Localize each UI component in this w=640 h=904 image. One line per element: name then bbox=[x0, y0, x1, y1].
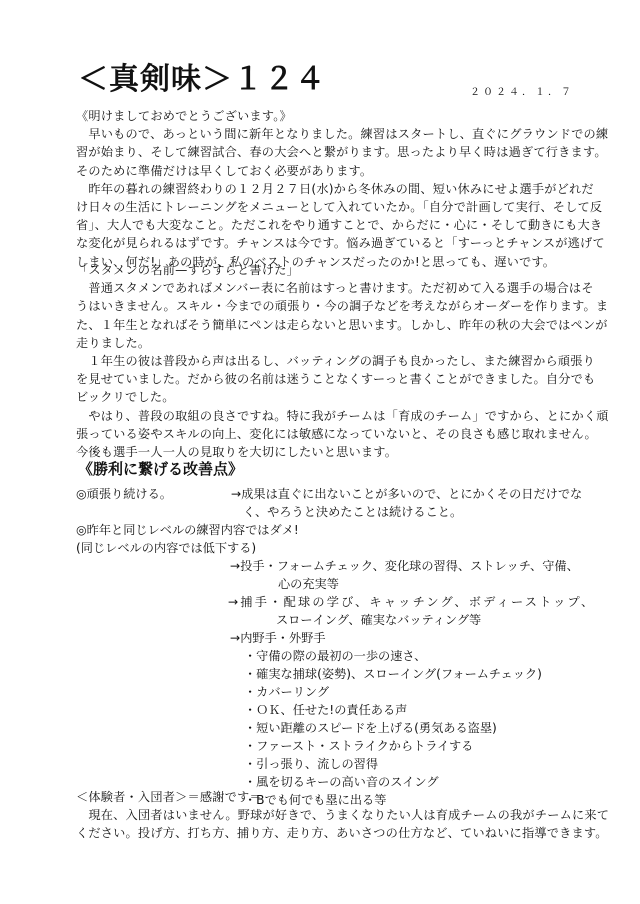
paragraph-line: 習が始まり、そして練習試合、春の大会へと繋がります。思ったより早く時は過ぎて行き… bbox=[76, 143, 596, 161]
paragraph-line: うはいきません。スキル・今までの頑張り・今の調子などを考えながらオーダーを作りま… bbox=[76, 297, 596, 315]
improvement-item-label: ◎昨年と同じレベルの練習内容ではダメ! bbox=[76, 521, 299, 539]
paragraph-line: １年生の彼は普段から声は出るし、バッティングの調子も良かったし、また練習から頑張… bbox=[76, 352, 596, 370]
paragraph-line: ビックリでした。 bbox=[76, 388, 596, 406]
paragraph-line: 普通スタメンであればメンバー表に名前はすっと書けます。ただ初めて入る選手の場合は… bbox=[76, 279, 596, 297]
improvements-heading: 《勝利に繋げる改善点》 bbox=[78, 458, 243, 479]
starters-section: 「スタメンの名前—すらすらと書けた」 普通スタメンであればメンバー表に名前はすっ… bbox=[76, 261, 596, 461]
paragraph-line: け日々の生活にトレーニングをメニューとして入れていたか。「自分で計画して実行、そ… bbox=[76, 198, 596, 216]
improvement-item-detail: →成果は直ぐに出ないことが多いので、とにかくその日だけでな bbox=[231, 485, 582, 503]
paragraph-line: 走りました。 bbox=[76, 334, 596, 352]
paragraph-line: 現在、入団者はいません。野球が好きで、うまくなりたい人は育成チームの我がチームに… bbox=[76, 806, 596, 824]
newsletter-title: ＜真剣味＞１２４ bbox=[78, 62, 326, 98]
catcher-item: →捕手・配球の学び、キャッチング、ボディーストップ、 bbox=[228, 593, 595, 611]
paragraph-line: そのために準備だけは早くしておく必要があります。 bbox=[76, 162, 596, 180]
paragraph-line: 早いもので、あっという間に新年となりました。練習はスタートし、直ぐにグラウンドで… bbox=[76, 125, 596, 143]
paragraph-line: 張っている姿やスキルの向上、変化には敏感になっていないと、その良さも感じ取れませ… bbox=[76, 425, 596, 443]
fielder-bullet: ・引っ張り、流しの習得 bbox=[244, 755, 378, 773]
fielder-bullet: ・ファースト・ストライクからトライする bbox=[244, 737, 473, 755]
improvement-item-note: (同じレベルの内容では低下する) bbox=[76, 539, 256, 557]
pitcher-item-cont: 心の充実等 bbox=[278, 575, 339, 593]
new-year-section: 《明けましておめでとうございます。》 早いもので、あっという間に新年となりました… bbox=[76, 107, 596, 271]
issue-date: ２０２４．１．７ bbox=[470, 83, 574, 98]
section-heading: 「スタメンの名前—すらすらと書けた」 bbox=[76, 261, 596, 279]
pitcher-item: →投手・フォームチェック、変化球の習得、ストレッチ、守備、 bbox=[230, 557, 579, 575]
section-heading: ＜体験者・入団者＞＝感謝です＝ bbox=[76, 788, 596, 806]
fielder-bullet: ・ＯＫ、任せた!の責任ある声 bbox=[244, 701, 407, 719]
catcher-item-cont: スローイング、確実なバッティング等 bbox=[276, 611, 481, 629]
fielder-bullet: ・守備の際の最初の一歩の速さ、 bbox=[244, 647, 426, 665]
paragraph-line: た、１年生となればそう簡単にペンは走らないと思います。しかし、昨年の秋の大会では… bbox=[76, 316, 596, 334]
newsletter-page: ＜真剣味＞１２４ ２０２４．１．７ 《明けましておめでとうございます。》 早いも… bbox=[0, 0, 640, 904]
section-heading: 《明けましておめでとうございます。》 bbox=[76, 107, 596, 125]
fielder-bullet: ・カバーリング bbox=[244, 683, 329, 701]
improvement-item-detail: く、やろうと決めたことは続けること。 bbox=[243, 503, 462, 521]
paragraph-line: やはり、普段の取組の良さですね。特に我がチームは「育成のチーム」ですから、とにか… bbox=[76, 407, 596, 425]
paragraph-line: ください。投げ方、打ち方、捕り方、走り方、あいさつの仕方など、ていねいに指導でき… bbox=[76, 824, 596, 842]
fielders-heading: →内野手・外野手 bbox=[230, 629, 326, 647]
improvement-item-label: ◎頑張り続ける。 bbox=[76, 485, 172, 503]
paragraph-line: を見せていました。だから彼の名前は迷うことなくすーっと書くことができました。自分… bbox=[76, 370, 596, 388]
paragraph-line: な変化が見られるはずです。チャンスは今です。悩み過ぎていると「すーっとチャンスが… bbox=[76, 234, 596, 252]
fielder-bullet: ・確実な捕球(姿勢)、スローイング(フォームチェック) bbox=[244, 665, 542, 683]
paragraph-line: 省」、大人でも大変なこと。ただこれをやり通すことで、からだに・心に・そして動きに… bbox=[76, 216, 596, 234]
fielder-bullet: ・短い距離のスピードを上げる(勇気ある盗塁) bbox=[244, 719, 497, 737]
paragraph-line: 昨年の暮れの練習終わりの１２月２７日(水)から冬休みの間、短い休みにせよ選手がど… bbox=[76, 180, 596, 198]
recruit-section: ＜体験者・入団者＞＝感謝です＝ 現在、入団者はいません。野球が好きで、うまくなり… bbox=[76, 788, 596, 843]
